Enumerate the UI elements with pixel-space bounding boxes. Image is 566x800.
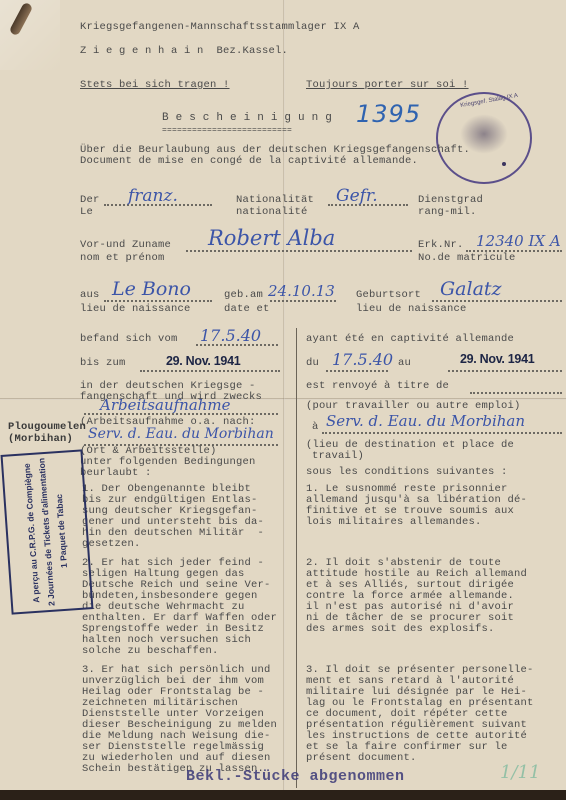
camp-location: Z i e g e n h a i n Bez.Kassel. (80, 46, 288, 57)
der-label: Der (80, 195, 100, 206)
nationality-label-de: Nationalität (236, 195, 314, 206)
text-line: présent document. (306, 753, 417, 764)
destination-value: Serv. d. Eau. du Morbihan (326, 412, 525, 430)
du-dotted-line (326, 370, 388, 372)
text-line: solche zu beschaffen. (82, 646, 219, 657)
bis-label: bis zum (80, 358, 126, 369)
green-pencil-mark: 1/11 (500, 762, 540, 783)
au-dotted-line (448, 370, 562, 372)
purpose-value: Arbeitsaufnahme (100, 396, 231, 414)
carry-notice-fr: Toujours porter sur soi ! (306, 80, 469, 91)
name-label-fr: nom et prénom (80, 253, 165, 264)
stamp-dot (502, 162, 506, 166)
erk-dotted-line (466, 250, 562, 252)
erk-value: 12340 IX A (476, 232, 561, 250)
scan-edge (0, 790, 566, 800)
rank-label-fr: rang-mil. (418, 207, 477, 218)
au-date-stamp: 29. Nov. 1941 (460, 352, 534, 366)
erk-label-de: Erk.Nr. (418, 240, 464, 251)
birthplace-dotted-line (432, 300, 562, 302)
stamp-text: Kriegsgef. Stalag IX A (460, 93, 519, 109)
name-label-de: Vor-und Zuname (80, 240, 171, 251)
bis-date-stamp: 29. Nov. 1941 (166, 354, 240, 368)
carry-notice-de: Stets bei sich tragen ! (80, 80, 230, 91)
birth-date-value: 24.10.13 (268, 282, 335, 300)
rank-label-de: Dienstgrad (418, 195, 483, 206)
destination-dotted-line (322, 432, 562, 434)
release-certificate-document: Kriegsgefangenen-Mannschaftsstammlager I… (0, 0, 566, 800)
birthplace-value: Galatz (440, 278, 502, 300)
place-stamp-town: Plougoumelen (8, 422, 86, 433)
nationality-value: Gefr. (336, 186, 378, 206)
subtitle-fr: Document de mise en congé de la captivit… (80, 156, 418, 167)
du-label: du (306, 358, 319, 369)
name-dotted-line (186, 250, 412, 252)
camp-name: Kriegsgefangenen-Mannschaftsstammlager I… (80, 22, 360, 33)
au-label: au (398, 358, 411, 369)
birthplace-label-de: Geburtsort (356, 290, 421, 301)
column-divider (296, 328, 297, 788)
le-label: Le (80, 207, 93, 218)
ration-receipt-stamp: A perçu au C.R.P.G. de Compiègne 2 Journ… (1, 449, 94, 614)
der-value: franz. (128, 186, 178, 206)
aus-label: aus (80, 290, 100, 301)
bis-dotted-line (140, 370, 280, 372)
conditions-de-2: beurlaubt : (80, 468, 152, 479)
renvoye-text: est renvoyé à titre de (306, 381, 449, 392)
nationality-label-fr: nationalité (236, 207, 308, 218)
aus-label-fr: lieu de naissance (80, 304, 191, 315)
befand-value: 17.5.40 (200, 326, 261, 345)
du-value: 17.5.40 (332, 350, 393, 369)
name-value: Robert Alba (208, 226, 335, 250)
geb-label: geb.am (224, 290, 263, 301)
destination-label-2: travail) (312, 451, 364, 462)
conditions-fr: sous les conditions suivantes : (306, 467, 508, 478)
a-label: à (312, 422, 319, 433)
purpose-label-fr: (pour travailler ou autre emploi) (306, 401, 521, 412)
text-line: des armes soit des explosifs. (306, 624, 495, 635)
aus-value: Le Bono (112, 278, 191, 300)
title-underline: ========================== (162, 125, 292, 136)
text-line: lois militaires allemandes. (306, 517, 482, 528)
place-stamp-region: (Morbihan) (8, 434, 73, 445)
document-title: B e s c h e i n i g u n g (162, 113, 332, 124)
bekl-stamp: Bekl.-Stücke abgenommen (186, 768, 405, 785)
renvoye-dotted-line (470, 392, 562, 394)
text-line: gesetzen. (82, 539, 141, 550)
place-value: Serv. d. Eau. du Morbihan (88, 426, 274, 442)
geb-dotted-line (270, 300, 336, 302)
birthplace-label-fr: lieu de naissance (356, 304, 467, 315)
aus-dotted-line (104, 300, 212, 302)
captivity-text-fr: ayant été en captivité allemande (306, 334, 514, 345)
round-eagle-stamp: Kriegsgef. Stalag IX A (436, 92, 532, 184)
befand-label: befand sich vom (80, 334, 178, 345)
certificate-number: 1395 (356, 100, 421, 128)
erk-label-fr: No.de matricule (418, 253, 516, 264)
geb-label-fr: date et (224, 304, 270, 315)
